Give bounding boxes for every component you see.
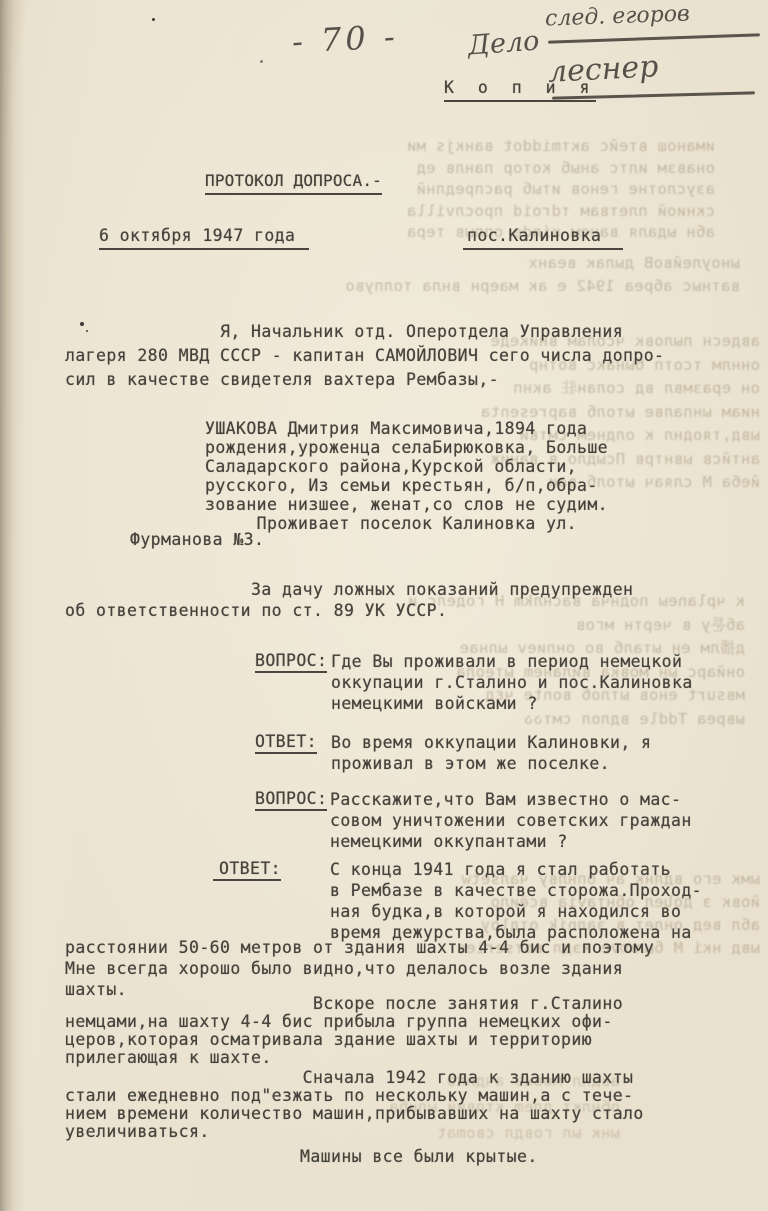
- intro-paragraph: Я, Начальник отд. Оперотдела Управления …: [65, 320, 664, 392]
- question2-label: ВОПРОС:: [255, 789, 327, 811]
- handwritten-note-top: след. егоров: [545, 1, 691, 31]
- question1-text: Где Вы проживали в период немецкой оккуп…: [331, 651, 693, 714]
- question2-text: Расскажите,что Вам известно о мас- совом…: [330, 789, 692, 852]
- handwritten-delo-word: Дело: [467, 26, 540, 62]
- paragraph-mashiny: Машины все были крытые.: [300, 1146, 538, 1168]
- witness-details: УШАКОВА Дмитрия Максимовича,1894 года ро…: [205, 419, 608, 533]
- bleedthrough-text: ыноулейвоВ дылак веанх ватныс абреа 1942…: [360, 252, 740, 298]
- ink-speck: [260, 60, 263, 63]
- answer2-text-indented: С конца 1941 года я стал работать в Ремб…: [330, 859, 702, 943]
- answer2-label: ОТВЕТ:: [213, 859, 281, 881]
- answer2-text-fullwidth: расстоянии 50-60 метров от здания шахты …: [65, 937, 654, 1000]
- question1-label: ВОПРОС:: [255, 651, 327, 673]
- ink-speck: [80, 322, 84, 326]
- document-date: 6 октября 1947 года: [99, 225, 309, 250]
- document-title: ПРОТОКОЛ ДОПРОСА.-: [205, 170, 382, 195]
- answer1-label: ОТВЕТ:: [255, 732, 317, 754]
- paragraph-snachala: Сначала 1942 года к зданию шахты стали е…: [65, 1069, 644, 1141]
- ink-speck: [152, 18, 155, 21]
- warning-paragraph: За дачу ложных показаний предупрежден об…: [65, 579, 633, 621]
- copy-label: К о п и я: [444, 77, 596, 102]
- handwritten-page-number: - 70 -: [291, 17, 400, 61]
- scanned-document-page: иманош втейс актmiddot ванкjs ми онавзм …: [0, 0, 768, 1211]
- paragraph-vskore: Вскоре после занятия г.Сталино немцами,н…: [65, 995, 623, 1067]
- answer1-text: Во время оккупации Калиновки, я проживал…: [331, 732, 651, 774]
- handwritten-underline-top: [548, 33, 760, 43]
- ink-speck: [86, 330, 88, 332]
- document-place: пос.Калиновка: [463, 225, 623, 250]
- witness-address: Фурманова №3.: [130, 529, 264, 551]
